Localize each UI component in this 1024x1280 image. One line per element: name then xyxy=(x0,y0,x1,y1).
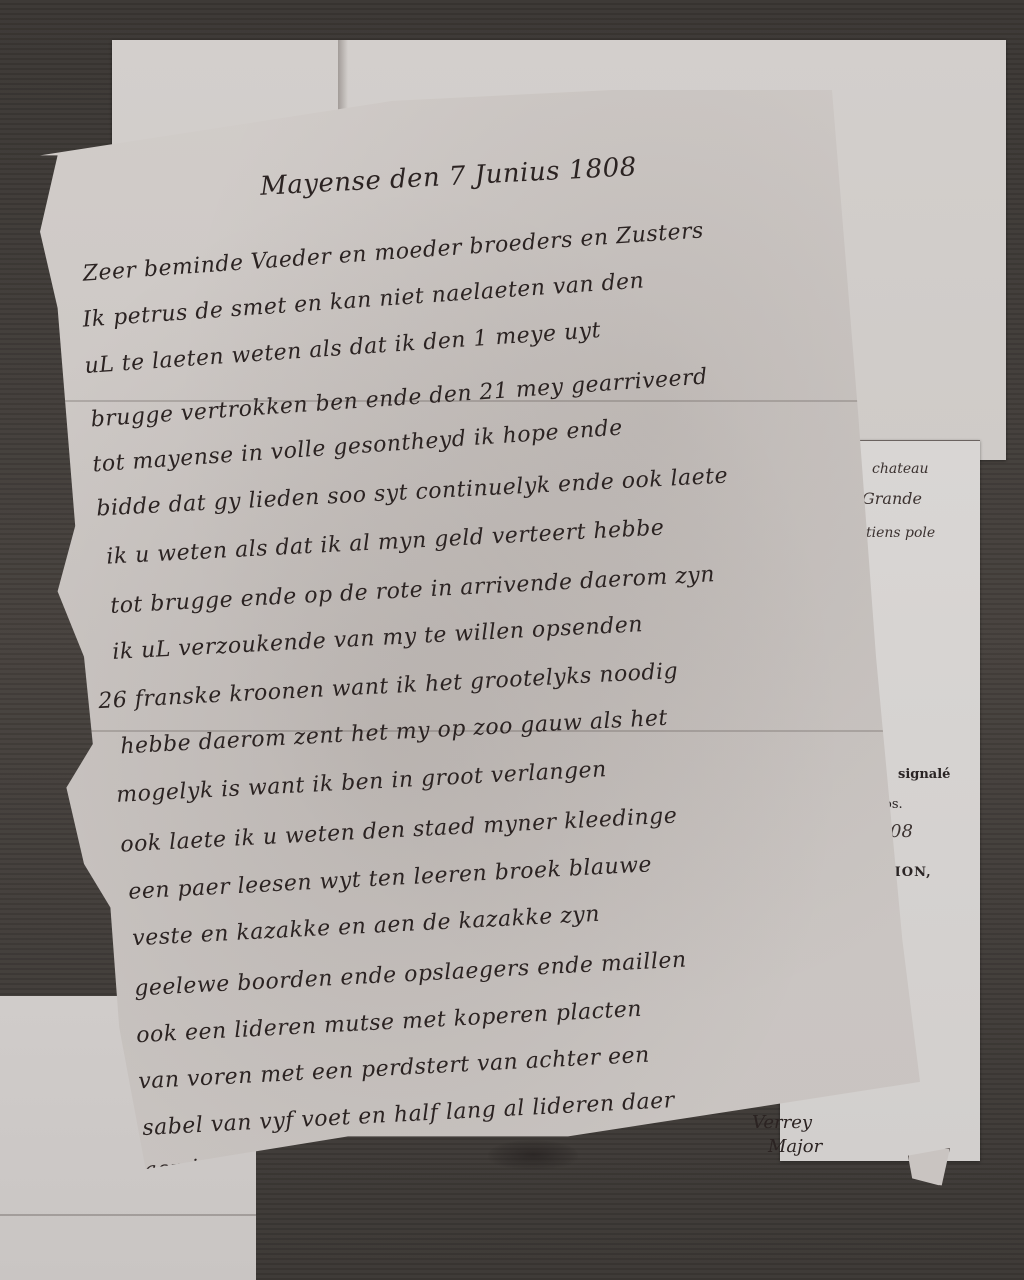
letter-line: 26 franske kroonen want ik het grootelyk… xyxy=(98,659,679,714)
handwritten-letter: Mayense den 7 Junius 1808 Zeer beminde V… xyxy=(40,90,920,1180)
script-fragment: chateau xyxy=(872,461,928,477)
letter-dateline: Mayense den 7 Junius 1808 xyxy=(259,152,637,202)
letter-line: tot brugge ende op de rote in arrivende … xyxy=(110,562,716,619)
letter-line: van voren met een perdstert van achter e… xyxy=(138,1043,651,1095)
printed-fragment: signalé xyxy=(898,767,950,782)
letter-line: hebbe daerom zent het my op zoo gauw als… xyxy=(120,706,669,760)
script-fragment: 08 xyxy=(890,821,913,842)
letter-line: mogelyk is want ik ben in groot verlange… xyxy=(116,757,608,808)
letter-line: veste en kazakke en aen de kazakke zyn xyxy=(132,902,601,951)
paper-fold xyxy=(0,1214,256,1216)
letter-line: ook laete ik u weten den staed myner kle… xyxy=(120,803,678,857)
script-fragment: tiens pole xyxy=(866,525,935,541)
letter-line: ik u weten als dat ik al myn geld vertee… xyxy=(106,515,665,569)
letter-line: een paer leesen wyt ten leeren broek bla… xyxy=(128,852,653,904)
signature-title: Major xyxy=(768,1136,822,1157)
letter-line: geelewe boorden ende opslaegers ende mai… xyxy=(134,948,687,1002)
letter-line: ook een lideren mutse met koperen placte… xyxy=(136,997,643,1048)
letter-line: bidde dat gy lieden soo syt continuelyk … xyxy=(96,463,729,521)
script-fragment: Grande xyxy=(862,489,922,508)
letter-line: ik uL verzoukende van my te willen opsen… xyxy=(112,612,644,665)
wax-seal-remnant xyxy=(488,1140,578,1170)
signature-name: Verrey xyxy=(752,1112,812,1133)
